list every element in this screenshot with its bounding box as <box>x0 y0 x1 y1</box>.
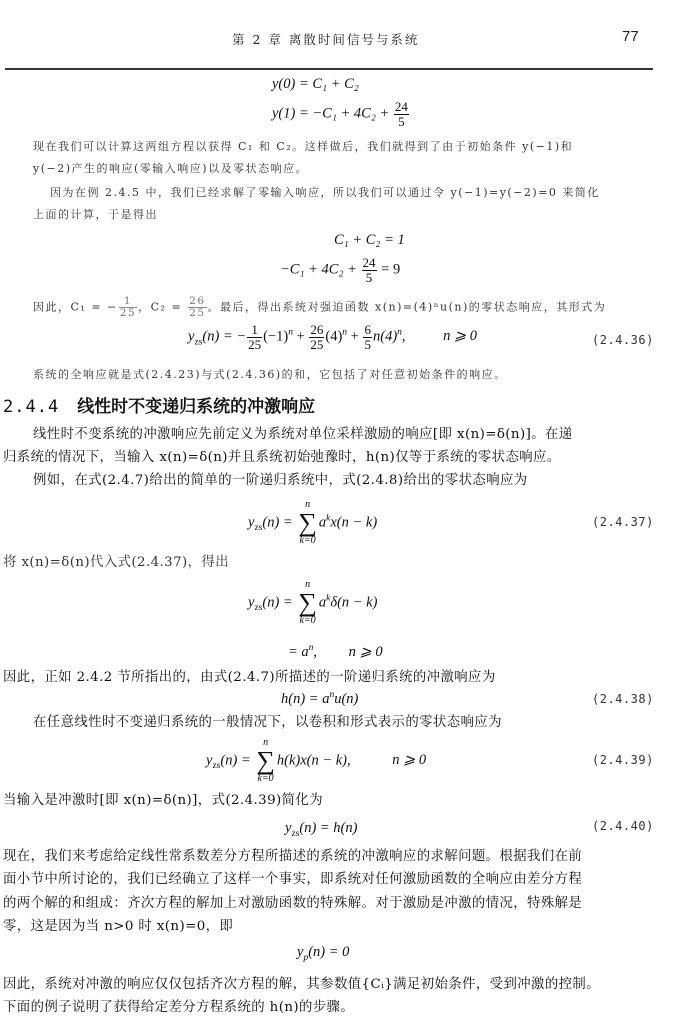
paragraph-line: 在任意线性时不变递归系统的一般情况下，以卷积和形式表示的零状态响应为 <box>33 712 502 734</box>
chapter-title: 第 2 章 离散时间信号与系统 <box>232 30 419 48</box>
fraction: 2625 <box>188 296 206 319</box>
equation-delta-substitution: yzs(n) = n∑k=0akδ(n − k) <box>248 580 377 626</box>
fraction: 245 <box>362 256 377 284</box>
page-number: 77 <box>622 28 639 45</box>
paragraph-line: 将 x(n)=δ(n)代入式(2.4.37)，得出 <box>3 552 229 574</box>
equation-number: (2.4.38) <box>592 692 654 706</box>
paragraph-line: 零，这是因为当 n>0 时 x(n)=0，即 <box>3 916 233 938</box>
summation-symbol: n∑k=0 <box>256 738 275 784</box>
paragraph-line: y(−2)产生的响应(零输入响应)以及零状态响应。 <box>33 158 308 180</box>
equation-y1: y(1) = −C₁ + 4C₂ + 245 <box>272 100 410 128</box>
fraction: 65 <box>363 323 372 351</box>
equation-y0: y(0) = C₁ + C₂ <box>272 76 359 93</box>
fraction: 245 <box>394 100 409 128</box>
paragraph-line: 例如，在式(2.4.7)给出的简单的一阶递归系统中，式(2.4.8)给出的零状态… <box>33 470 528 492</box>
equation-system-2: −C₁ + 4C₂ + 245 = 9 <box>280 256 400 284</box>
section-number: 2.4.4 <box>3 397 59 417</box>
paragraph-line: 面小节中所讨论的，我们已经确立了这样一个事实，即系统对任何激励函数的全响应由差分… <box>3 869 582 891</box>
equation-2-4-37: yzs(n) = n∑k=0akx(n − k) <box>248 500 377 546</box>
running-header: 第 2 章 离散时间信号与系统 77 <box>0 22 655 52</box>
fraction: 125 <box>247 323 262 351</box>
paragraph-line: 因此，正如 2.4.2 节所指出的，由式(2.4.7)所描述的一阶递归系统的冲激… <box>3 667 496 689</box>
equation-2-4-38: h(n) = anu(n) <box>281 690 358 708</box>
equation-2-4-40: yzs(n) = h(n) <box>285 820 357 839</box>
header-rule <box>5 68 653 70</box>
equation-number: (2.4.37) <box>592 515 654 529</box>
section-heading: 2.4.4线性时不变递归系统的冲激响应 <box>3 392 315 417</box>
paragraph-line: 当输入是冲激时[即 x(n)=δ(n)]，式(2.4.39)简化为 <box>3 790 323 812</box>
paragraph-line: 线性时不变系统的冲激响应先前定义为系统对单位采样激励的响应[即 x(n)=δ(n… <box>33 424 573 446</box>
section-title: 线性时不变递归系统的冲激响应 <box>77 397 315 417</box>
paragraph-line: 因此，系统对冲激的响应仅仅包括齐次方程的解，其参数值{Cᵢ}满足初始条件，受到冲… <box>3 974 600 996</box>
paragraph-line: 因为在例 2.4.5 中，我们已经求解了零输入响应，所以我们可以通过令 y(−1… <box>50 182 600 204</box>
paragraph-line: 系统的全响应就是式(2.4.23)与式(2.4.36)的和，它包括了对任意初始条… <box>33 364 507 386</box>
summation-symbol: n∑k=0 <box>298 500 317 546</box>
equation-number: (2.4.40) <box>592 819 654 833</box>
equation-number: (2.4.39) <box>592 753 654 767</box>
paragraph-line: 的两个解的和组成：齐次方程的解加上对激励函数的特殊解。对于激励是冲激的情况，特殊… <box>3 893 582 915</box>
equation-2-4-36: yzs(n) = −125(−1)n + 2625(4)n + 65n(4)n,… <box>188 323 477 351</box>
paragraph-line: 下面的例子说明了获得给定差分方程系统的 h(n)的步骤。 <box>3 997 354 1019</box>
fraction: 2625 <box>309 323 324 351</box>
paragraph-constants: 因此，C₁ = −125，C₂ = 2625。最后，得出系统对强迫函数 x(n)… <box>33 296 606 319</box>
equation-number: (2.4.36) <box>592 333 654 347</box>
equation-particular-solution: yp(n) = 0 <box>297 944 349 963</box>
fraction: 125 <box>119 296 137 319</box>
equation-a-power-n: = an, n ⩾ 0 <box>288 643 383 661</box>
paragraph-line: 现在我们可以计算这两组方程以获得 C₁ 和 C₂。这样做后，我们就得到了由于初始… <box>33 136 573 158</box>
paragraph-line: 现在，我们来考虑给定线性常系数差分方程所描述的系统的冲激响应的求解问题。根据我们… <box>3 846 582 868</box>
equation-2-4-39: yzs(n) = n∑k=0h(k)x(n − k), n ⩾ 0 <box>206 738 426 784</box>
paragraph-line: 上面的计算，于是得出 <box>33 204 158 226</box>
equation-system-1: C₁ + C₂ = 1 <box>334 232 405 249</box>
paragraph-line: 归系统的情况下，当输入 x(n)=δ(n)并且系统初始弛豫时，h(n)仅等于系统… <box>3 447 561 469</box>
summation-symbol: n∑k=0 <box>298 580 317 626</box>
